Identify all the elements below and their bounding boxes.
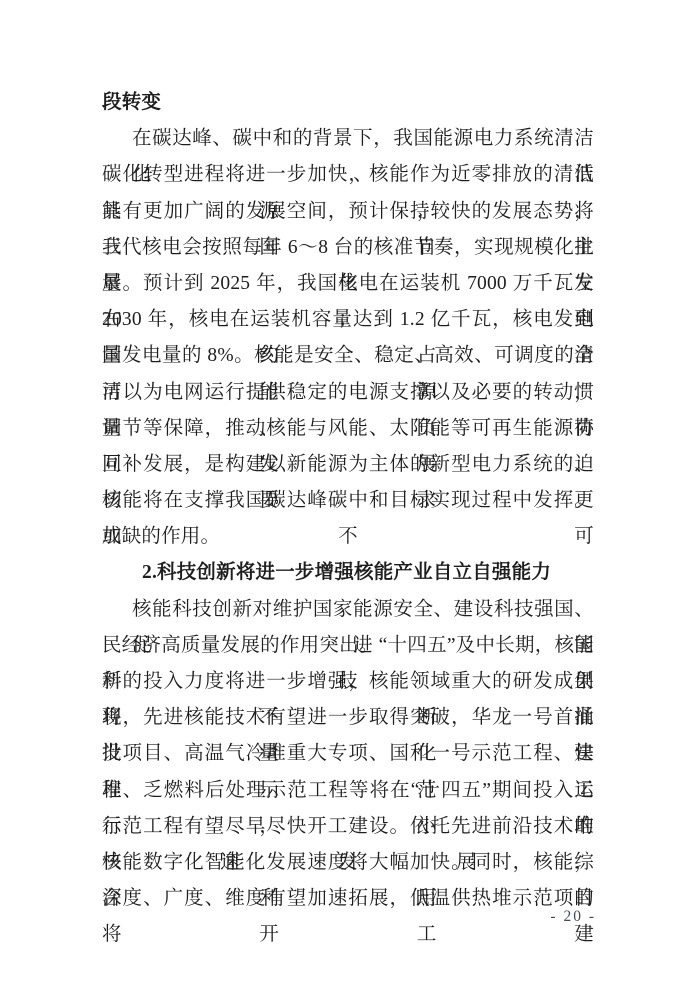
- text-line: 三代核电会按照每年 6～8 台的核准节奏，实现规模化批量化发: [102, 230, 594, 266]
- text-line: 具有更加广阔的发展空间，预计保持较快的发展态势，我国自主: [102, 194, 594, 230]
- text-line: 在碳达峰、碳中和的背景下，我国能源电力系统清洁化、低: [102, 121, 594, 157]
- text-line: 碳化转型进程将进一步加快，核能作为近零排放的清洁能源，将: [102, 157, 594, 193]
- text-line: 可以为电网运行提供稳定的电源支撑以及必要的转动惯量、负荷: [102, 375, 594, 411]
- subsection-heading: 2.科技创新将进一步增强核能产业自立自强能力: [102, 555, 594, 591]
- page-number: - 20 -: [550, 908, 596, 926]
- text-line: 设项目、高温气冷堆重大专项、国和一号示范工程、快堆示范工: [102, 736, 594, 772]
- text-line: 调节等保障，推动核能与风能、太阳能等可再生能源协同发展、: [102, 411, 594, 447]
- text-line: 示范工程有望尽早尽快开工建设。依托先进前沿技术的快速发展，: [102, 809, 594, 845]
- text-line: 2030 年，核电在运装机容量达到 1.2 亿千瓦，核电发电量约占全: [102, 302, 594, 338]
- text-line: 现，先进核能技术有望进一步取得突破，华龙一号首批批量化建: [102, 700, 594, 736]
- text-line: 民经济高质量发展的作用突出。“十四五”及中长期，核能科技创: [102, 628, 594, 664]
- text-line: 核能科技创新对维护国家能源安全、建设科技强国、促进国: [102, 592, 594, 628]
- text-line: 程、乏燃料后处理示范工程等将在“十四五”期间投入运行，小堆: [102, 773, 594, 809]
- text-line: 核能将在支撑我国碳达峰碳中和目标实现过程中发挥更加不可: [102, 483, 594, 519]
- section-heading-fragment: 段转变: [102, 85, 594, 121]
- text-line: 展。预计到 2025 年，我国核电在运装机 7000 万千瓦左右；到: [102, 266, 594, 302]
- text-line: 互补发展，是构建以新能源为主体的新型电力系统的迫切要求。: [102, 447, 594, 483]
- text-line: 核能数字化智能化发展速度将大幅加快。同时，核能综合利用的: [102, 845, 594, 881]
- text-line: 国发电量的 8%。核能是安全、稳定、高效、可调度的清洁能源，: [102, 338, 594, 374]
- document-page: 段转变 在碳达峰、碳中和的背景下，我国能源电力系统清洁化、低 碳化转型进程将进一…: [0, 0, 700, 990]
- page-body: 段转变 在碳达峰、碳中和的背景下，我国能源电力系统清洁化、低 碳化转型进程将进一…: [102, 85, 594, 917]
- text-line: 新的投入力度将进一步增强，核能领域重大的研发成果将不断涌: [102, 664, 594, 700]
- text-line: 深度、广度、维度有望加速拓展，低温供热堆示范项目将开工建: [102, 881, 594, 917]
